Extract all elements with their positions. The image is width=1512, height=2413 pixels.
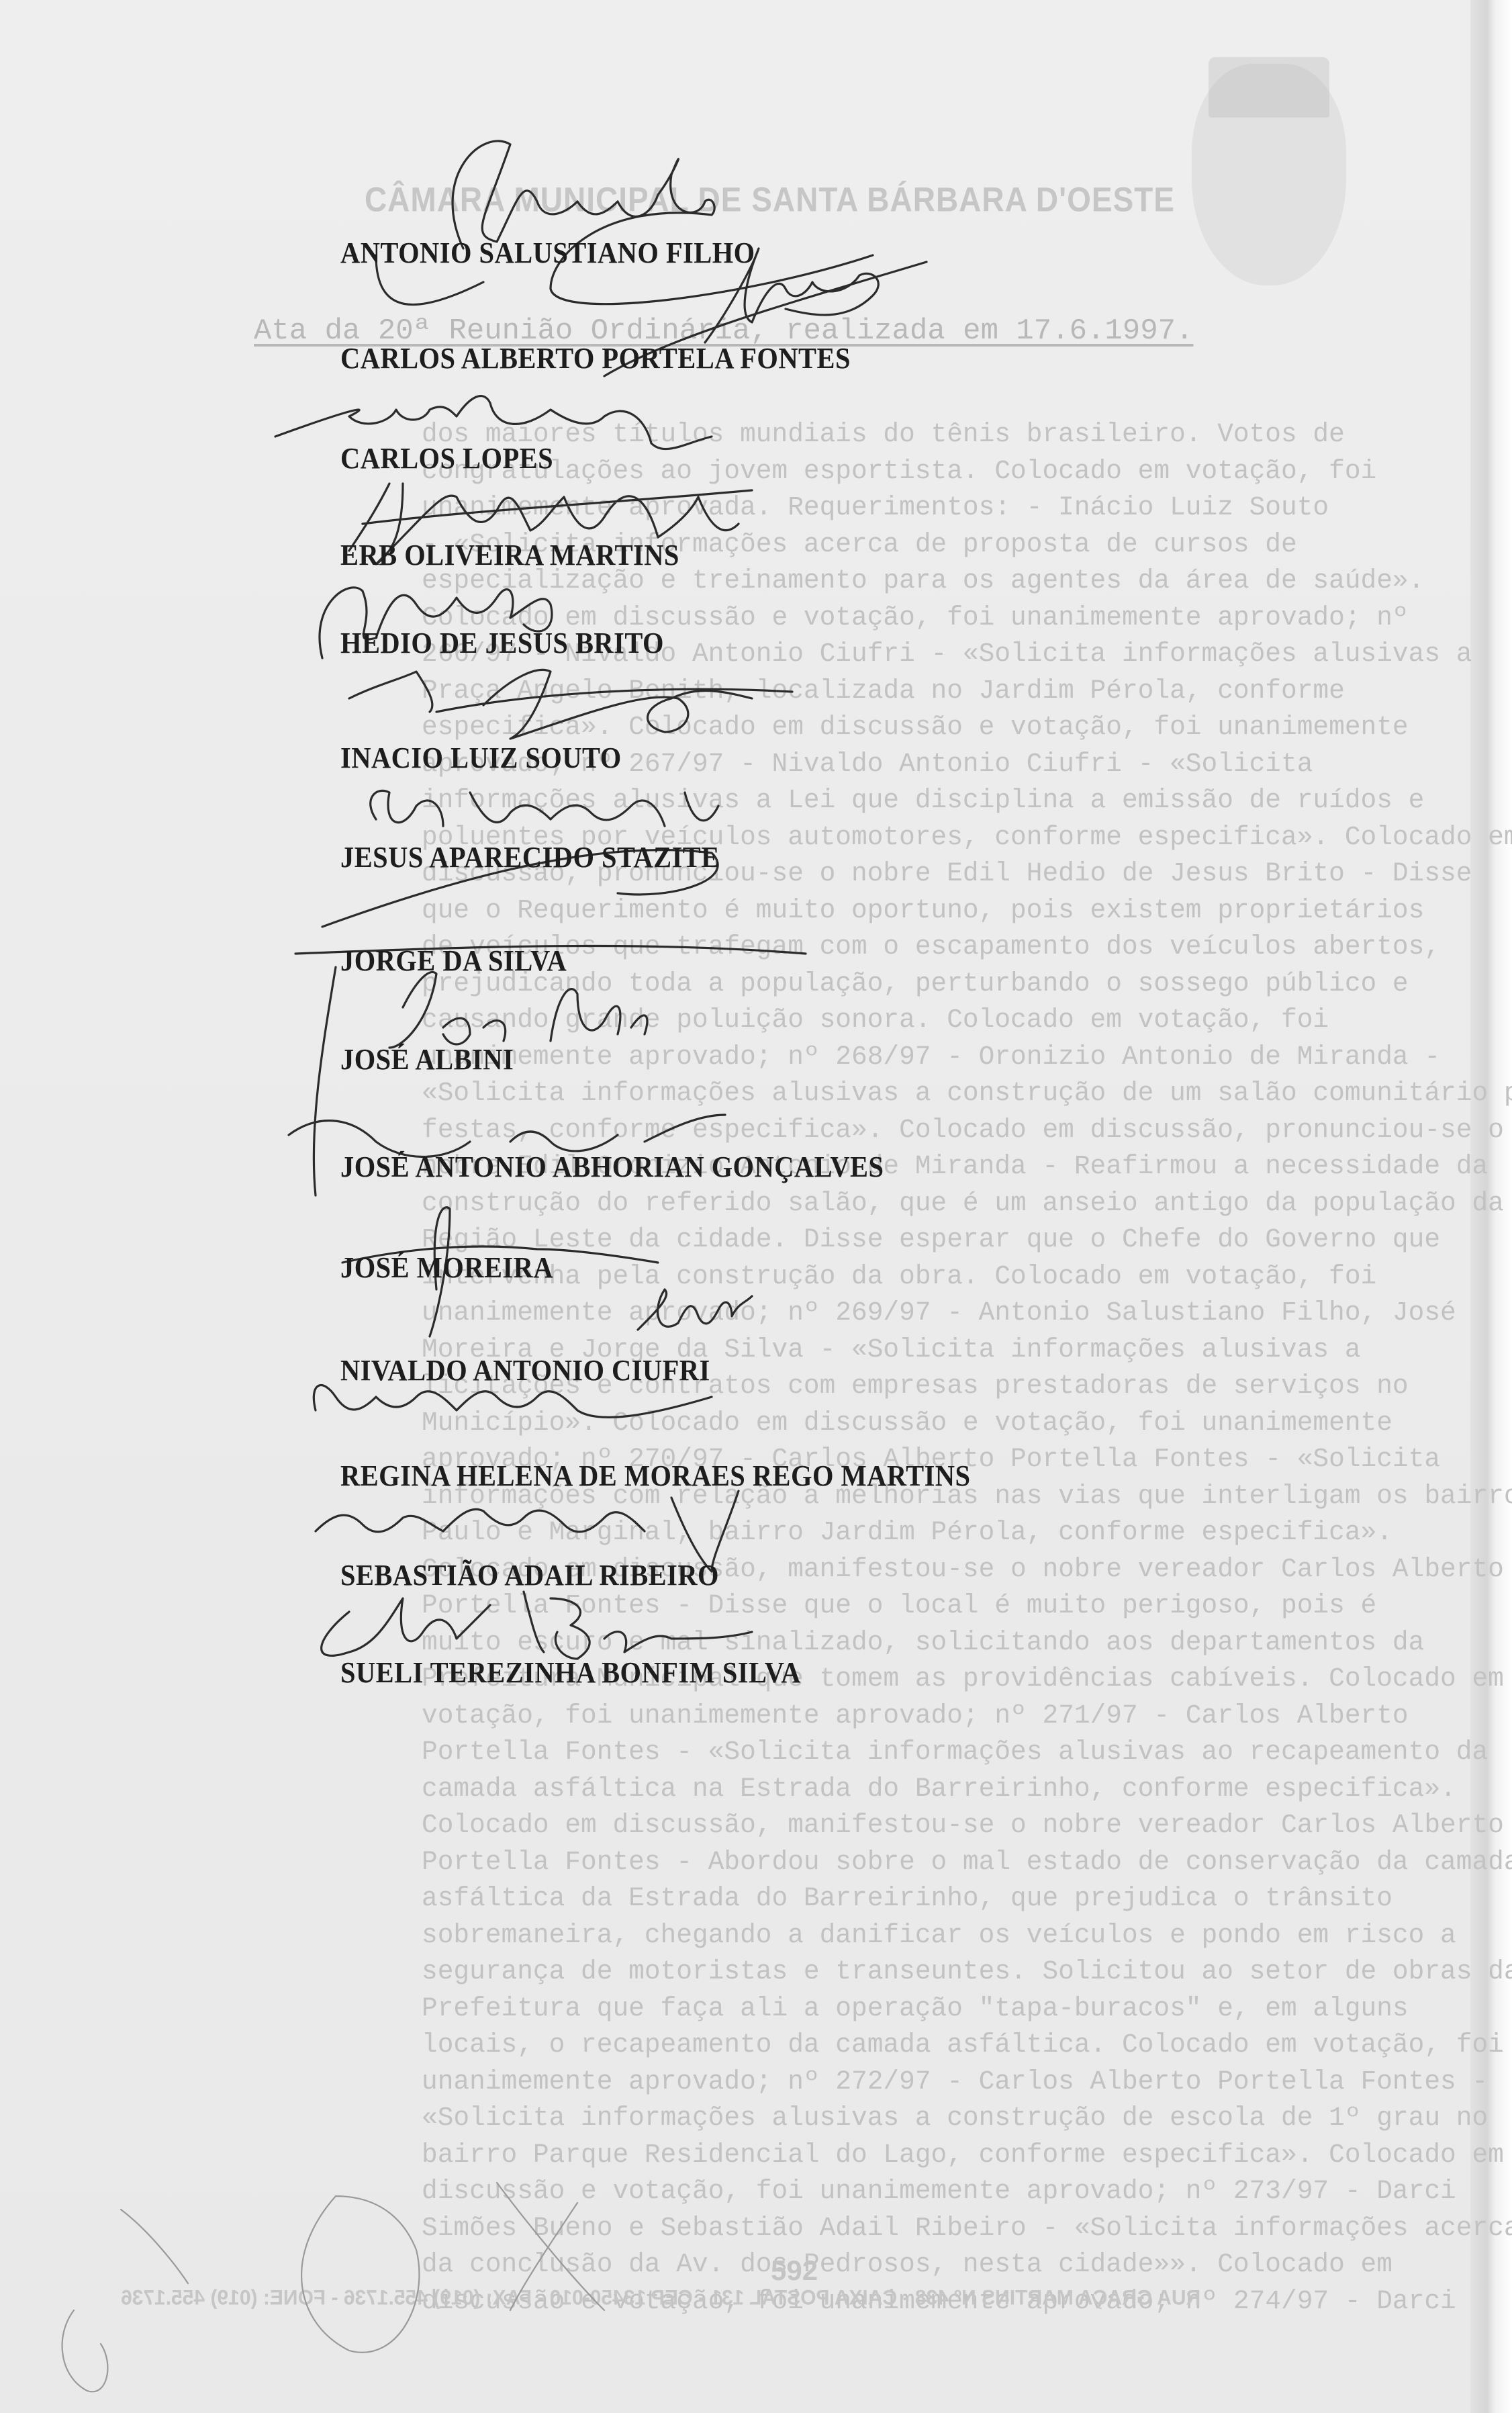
- institution-header: CÂMARA MUNICIPAL DE SANTA BÁRBARA D'OEST…: [295, 179, 1175, 219]
- footer-address: RUA GRAÇA MARTINS Nº 438 - CAIXA POSTAL …: [121, 2286, 1470, 2310]
- signatory-name: REGINA HELENA DE MORAES REGO MARTINS: [340, 1459, 970, 1493]
- signatory-name: SEBASTIÃO ADAIL RIBEIRO: [340, 1558, 719, 1592]
- signatory-name: NIVALDO ANTONIO CIUFRI: [340, 1353, 710, 1387]
- signatory-name: JOSÉ MOREIRA: [340, 1250, 553, 1285]
- signatory-name: ERB OLIVEIRA MARTINS: [340, 538, 679, 572]
- signatory-name: ANTONIO SALUSTIANO FILHO: [340, 236, 755, 270]
- signatory-name: JESUS APARECIDO STAZITE: [340, 840, 720, 874]
- signatory-name: JOSÉ ALBINI: [340, 1042, 514, 1077]
- signatory-name: HEDIO DE JESUS BRITO: [340, 626, 664, 660]
- page-number: 592: [771, 2255, 818, 2287]
- municipal-crest-icon: [1192, 64, 1346, 285]
- signatory-name: SUELI TEREZINHA BONFIM SILVA: [340, 1655, 801, 1690]
- signatory-name: CARLOS ALBERTO PORTELA FONTES: [340, 341, 851, 375]
- signatory-name: JORGE DA SILVA: [340, 944, 567, 978]
- signatory-name: INACIO LUIZ SOUTO: [340, 741, 622, 775]
- signatory-name: JOSÉ ANTONIO ABHORIAN GONÇALVES: [340, 1150, 884, 1184]
- signatory-name: CARLOS LOPES: [340, 441, 553, 475]
